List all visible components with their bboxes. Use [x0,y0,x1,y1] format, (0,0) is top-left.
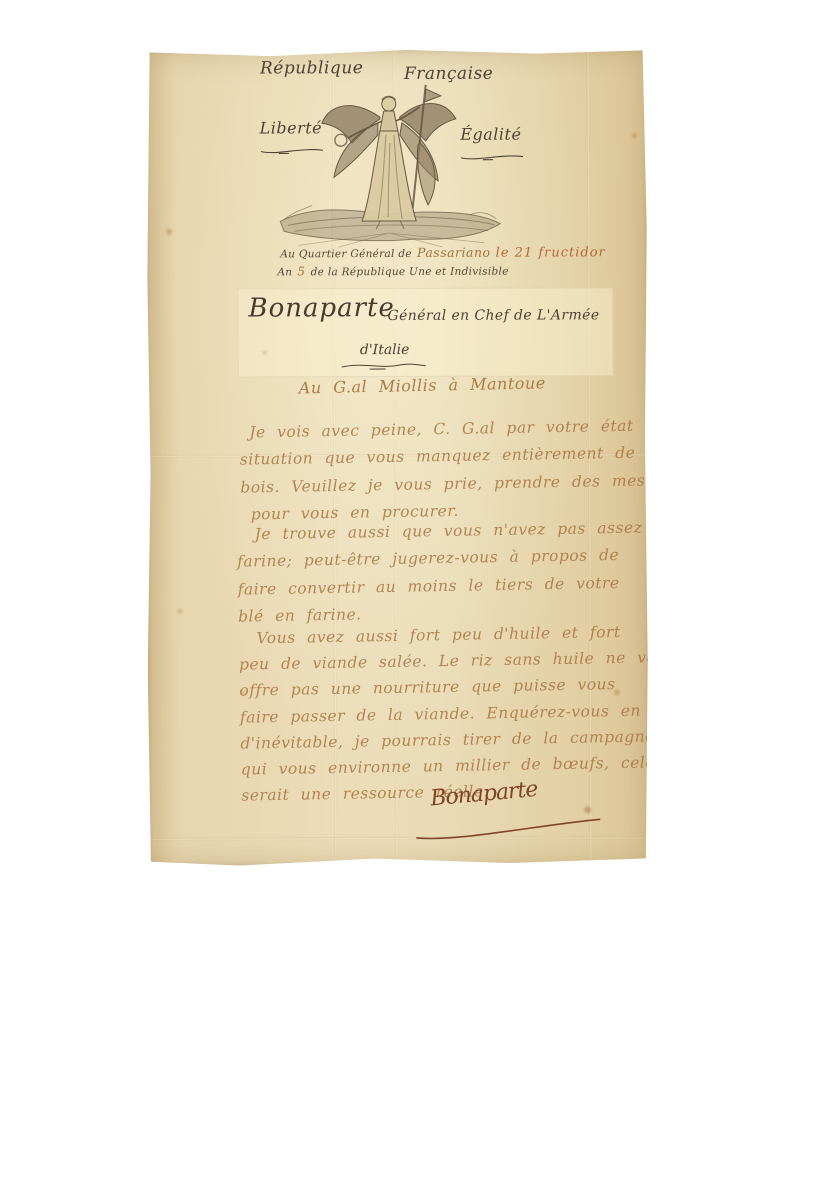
address-line: Au G.al Miollis à Mantoue [299,373,546,397]
letter-paper: République Française Liberté Égalité [146,49,650,866]
dateline-printed-an: An [277,266,292,278]
foxing-spot [263,350,267,354]
foxing-spot [584,806,591,813]
heading-title-line1: Général en Chef de L'Armée [387,307,599,324]
ditalie-underline-flourish [340,361,428,371]
dateline-handwritten-date: le 21 fructidor [496,245,606,260]
signature-underline-flourish [414,815,604,842]
foxing-spot [178,609,183,614]
dateline-row-1: Au Quartier Général de Passariano le 21 … [280,241,606,261]
heading-bonaparte: Bonaparte [248,293,395,324]
dateline-handwritten-year: 5 [297,264,305,278]
dateline-row-2: An 5 de la République Une et Indivisible [277,260,508,280]
letterhead-francaise: Française [393,64,505,84]
foxing-spot [166,229,172,235]
dateline-printed-prefix: Au Quartier Général de [280,248,412,260]
dateline-handwritten-place: Passariano [417,245,491,260]
paragraph-3: Vous avez aussi fort peu d'huile et fort… [238,618,681,809]
dateline-printed-republic: de la République Une et Indivisible [311,266,509,279]
paragraph-2: Je trouve aussi que vous n'avez pas asse… [236,514,675,631]
paragraph-1: Je vois avec peine, C. G.al par votre ét… [239,412,682,529]
photo-canvas: République Française Liberté Égalité [0,0,819,1197]
heading-title-line2: d'Italie [315,342,455,358]
winged-liberty-vignette-icon [274,83,507,252]
letterhead-republique: République [256,58,368,78]
foxing-spot [632,133,637,138]
